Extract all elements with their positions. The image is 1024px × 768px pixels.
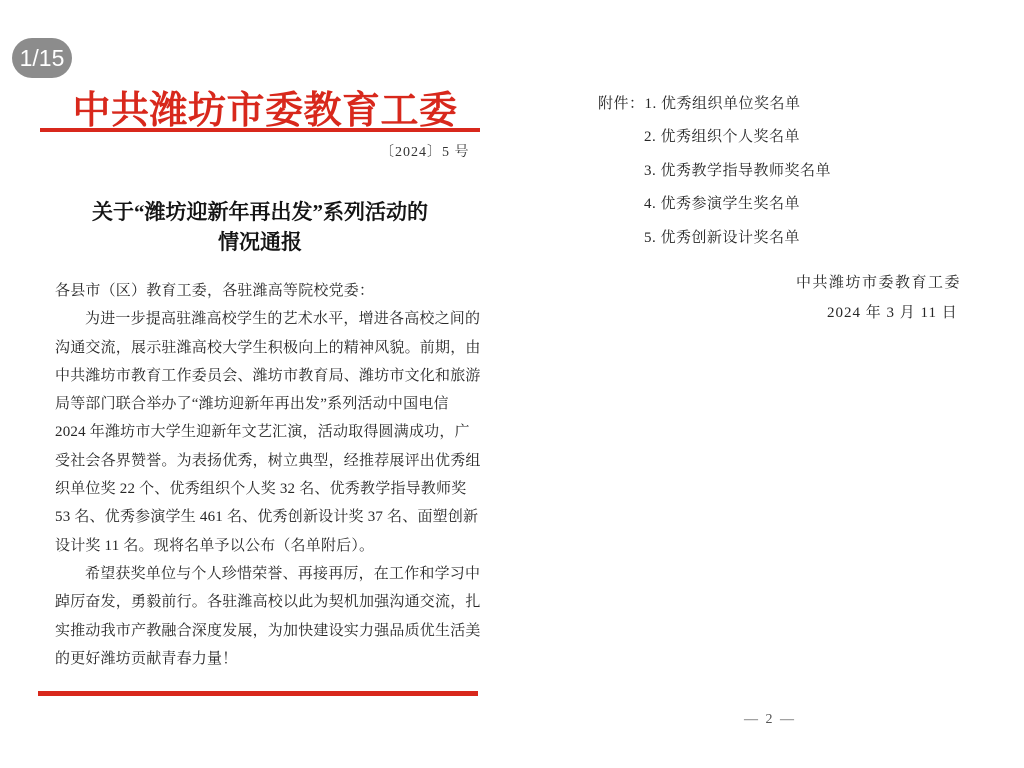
body-line: 实推动我市产教融合深度发展，为加快建设实力强品质优生活美 xyxy=(55,617,467,645)
page-indicator-badge: 1/15 xyxy=(12,38,72,78)
letterhead-divider-line xyxy=(40,128,480,132)
attachment-item: 4. 优秀参演学生奖名单 xyxy=(644,188,831,221)
body-line: 织单位奖 22 个、优秀组织个人奖 32 名、优秀教学指导教师奖 xyxy=(55,475,467,503)
attachments-label: 附件： xyxy=(598,96,645,112)
attachments-list: 附件：1. 优秀组织单位奖名单 2. 优秀组织个人奖名单 3. 优秀教学指导教师… xyxy=(598,88,831,255)
body-line: 局等部门联合举办了“潍坊迎新年再出发”系列活动中国电信 xyxy=(55,390,467,418)
attachment-item: 2. 优秀组织个人奖名单 xyxy=(644,121,831,154)
document-title-line1: 关于“潍坊迎新年再出发”系列活动的 xyxy=(40,197,480,227)
letterhead-title: 中共潍坊市委教育工委 xyxy=(45,79,485,134)
body-line: 各县市（区）教育工委，各驻潍高等院校党委： xyxy=(55,277,467,305)
attachment-item-text: 1. 优秀组织单位奖名单 xyxy=(645,96,801,112)
attachment-item: 附件：1. 优秀组织单位奖名单 xyxy=(598,88,831,121)
body-line: 中共潍坊市教育工作委员会、潍坊市教育局、潍坊市文化和旅游 xyxy=(55,362,467,390)
attachment-item: 5. 优秀创新设计奖名单 xyxy=(644,222,831,255)
body-line: 沟通交流，展示驻潍高校大学生积极向上的精神风貌。前期，由 xyxy=(55,334,467,362)
document-title-line2: 情况通报 xyxy=(40,227,480,257)
body-line: 53 名、优秀参演学生 461 名、优秀创新设计奖 37 名、面塑创新 xyxy=(55,503,467,531)
document-viewer[interactable]: 1/15 中共潍坊市委教育工委 〔2024〕5 号 关于“潍坊迎新年再出发”系列… xyxy=(0,0,1024,768)
body-line: 设计奖 11 名。现将名单予以公布（名单附后）。 xyxy=(55,532,467,560)
page-number: — 2 — xyxy=(710,712,830,728)
body-line: 踔厉奋发，勇毅前行。各驻潍高校以此为契机加强沟通交流，扎 xyxy=(55,588,467,616)
body-line: 的更好潍坊贡献青春力量！ xyxy=(55,645,467,673)
signature-date: 2024 年 3 月 11 日 xyxy=(827,301,958,322)
document-number: 〔2024〕5 号 xyxy=(380,141,470,161)
attachment-item: 3. 优秀教学指导教师奖名单 xyxy=(644,155,831,188)
document-title: 关于“潍坊迎新年再出发”系列活动的 情况通报 xyxy=(40,197,480,257)
body-line: 受社会各界赞誉。为表扬优秀，树立典型，经推荐展评出优秀组 xyxy=(55,447,467,475)
body-line: 希望获奖单位与个人珍惜荣誉、再接再厉，在工作和学习中 xyxy=(55,560,467,588)
page-indicator-text: 1/15 xyxy=(20,45,65,71)
footer-divider-line xyxy=(38,691,478,696)
body-line: 2024 年潍坊市大学生迎新年文艺汇演，活动取得圆满成功，广 xyxy=(55,418,467,446)
document-body: 各县市（区）教育工委，各驻潍高等院校党委： 为进一步提高驻潍高校学生的艺术水平，… xyxy=(55,277,467,673)
signature-org: 中共潍坊市委教育工委 xyxy=(796,271,961,292)
body-line: 为进一步提高驻潍高校学生的艺术水平，增进各高校之间的 xyxy=(55,305,467,333)
